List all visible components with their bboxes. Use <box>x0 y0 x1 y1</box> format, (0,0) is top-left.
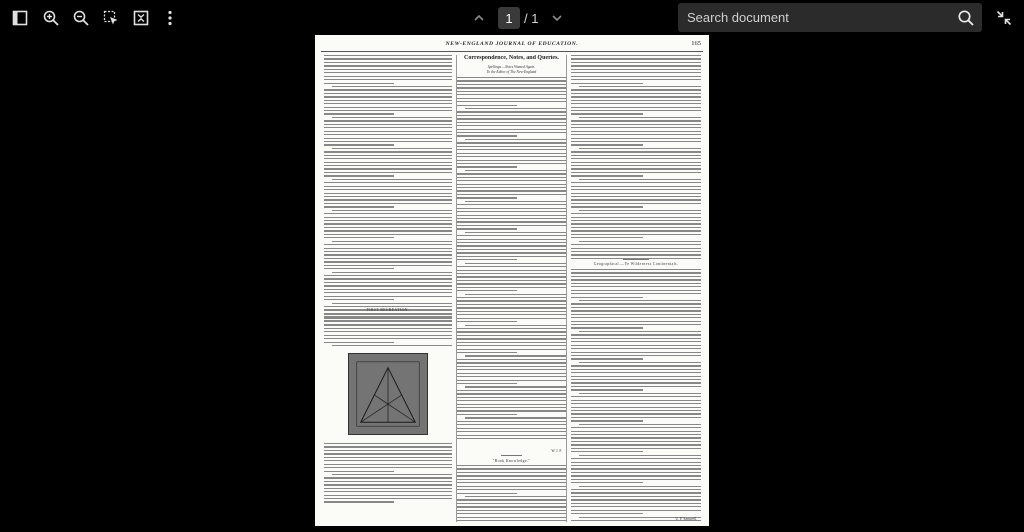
text-line <box>457 111 566 112</box>
text-line <box>571 272 701 273</box>
column-2-heading: Correspondence, Notes, and Queries. <box>457 55 566 61</box>
text-line <box>324 331 452 332</box>
text-line <box>324 261 452 262</box>
text-line <box>571 513 643 514</box>
column-2: Correspondence, Notes, and Queries. Spel… <box>456 55 567 522</box>
text-line <box>457 373 566 374</box>
text-line <box>324 495 452 496</box>
text-line <box>457 125 566 126</box>
text-line <box>571 230 701 231</box>
text-line <box>571 217 701 218</box>
text-line <box>457 352 517 353</box>
text-line <box>324 321 452 322</box>
exit-fullscreen-button[interactable] <box>990 4 1018 32</box>
column-2-salutation: To the Editor of The New-England <box>457 70 566 74</box>
column-1-section-title: FIRST RECREATION. <box>324 308 452 312</box>
text-line <box>571 327 643 328</box>
text-line <box>571 472 701 473</box>
text-line <box>571 297 643 298</box>
previous-page-button[interactable] <box>466 5 492 31</box>
column-3: Geographical.—Ye Wilderness Continentals… <box>571 55 701 522</box>
text-line <box>571 458 701 459</box>
text-line <box>571 352 701 353</box>
text-line <box>571 151 701 152</box>
text-line <box>457 194 566 195</box>
text-line <box>457 184 566 185</box>
text-line <box>324 317 452 318</box>
text-line <box>457 242 566 243</box>
text-line <box>457 80 566 81</box>
sidebar-toggle-button[interactable] <box>6 4 34 32</box>
text-line <box>324 237 394 238</box>
text-line <box>457 489 566 490</box>
text-line <box>571 389 643 390</box>
text-line <box>571 206 643 207</box>
text-line <box>324 100 452 101</box>
zoom-in-icon <box>42 9 60 27</box>
text-line <box>571 134 701 135</box>
text-line <box>324 155 452 156</box>
text-line <box>465 386 566 387</box>
text-line <box>571 317 701 318</box>
text-line <box>324 471 394 472</box>
page-total: / 1 <box>524 11 538 26</box>
text-line <box>571 492 701 493</box>
text-line <box>457 359 566 360</box>
text-line <box>457 338 566 339</box>
text-line <box>457 122 566 123</box>
text-line <box>324 314 452 315</box>
text-line <box>457 98 566 99</box>
zoom-out-icon <box>72 9 90 27</box>
selection-tool-button[interactable] <box>97 4 125 32</box>
text-line <box>324 151 452 152</box>
search-icon <box>957 9 975 27</box>
text-line <box>571 269 701 270</box>
text-line <box>332 241 452 242</box>
fit-page-button[interactable] <box>127 4 155 32</box>
text-line <box>457 101 566 102</box>
text-line <box>332 303 452 304</box>
text-line <box>571 76 701 77</box>
text-line <box>324 144 394 145</box>
text-line <box>324 55 452 56</box>
text-line <box>571 468 701 469</box>
text-line <box>571 410 701 411</box>
text-line <box>579 86 701 87</box>
text-line <box>457 146 566 147</box>
text-line <box>571 307 701 308</box>
text-line <box>332 210 452 211</box>
text-line <box>571 396 701 397</box>
text-line <box>457 249 566 250</box>
text-line <box>324 168 452 169</box>
text-line <box>571 379 701 380</box>
text-line <box>457 239 566 240</box>
text-line <box>457 349 566 350</box>
text-line <box>571 434 701 435</box>
text-line <box>324 453 452 454</box>
text-line <box>571 482 643 483</box>
text-line <box>571 186 701 187</box>
text-line <box>324 93 452 94</box>
text-line <box>457 493 517 494</box>
text-line <box>571 110 701 111</box>
text-line <box>571 196 701 197</box>
text-line <box>571 93 701 94</box>
text-line <box>457 204 566 205</box>
text-line <box>457 404 566 405</box>
text-line <box>579 393 701 394</box>
text-line <box>457 177 566 178</box>
text-line <box>571 386 701 387</box>
text-line <box>324 69 452 70</box>
text-line <box>457 94 566 95</box>
text-line <box>571 223 701 224</box>
text-line <box>457 190 566 191</box>
text-line <box>457 421 566 422</box>
text-line <box>332 345 452 346</box>
text-line <box>324 62 452 63</box>
text-line <box>324 138 452 139</box>
column-2-separator <box>501 455 523 456</box>
text-line <box>571 175 643 176</box>
text-line <box>324 282 452 283</box>
text-line <box>324 230 452 231</box>
text-line <box>465 496 566 497</box>
text-line <box>571 248 701 249</box>
text-line <box>457 300 566 301</box>
text-line <box>324 107 452 108</box>
text-line <box>324 457 452 458</box>
text-line <box>571 220 701 221</box>
text-line <box>324 248 452 249</box>
text-line <box>579 300 701 301</box>
column-1-text-mid <box>324 314 452 348</box>
search-button[interactable] <box>954 6 978 30</box>
text-line <box>324 342 394 343</box>
text-line <box>324 265 452 266</box>
text-line <box>571 417 701 418</box>
text-line <box>571 62 701 63</box>
text-line <box>571 427 701 428</box>
text-line <box>324 65 452 66</box>
text-line <box>457 380 566 381</box>
text-line <box>571 448 701 449</box>
more-vertical-icon <box>161 9 179 27</box>
column-2-section-title: "Book Knowledge." <box>457 459 566 463</box>
text-line <box>571 441 701 442</box>
text-line <box>571 465 701 466</box>
chevron-down-icon <box>550 11 564 25</box>
text-line <box>324 328 452 329</box>
text-line <box>457 410 566 411</box>
text-line <box>324 58 452 59</box>
text-line <box>457 366 566 367</box>
text-line <box>571 65 701 66</box>
text-line <box>457 142 566 143</box>
page-navigator: / 1 <box>466 4 570 32</box>
text-line <box>324 481 452 482</box>
text-line <box>457 499 566 500</box>
text-line <box>457 321 517 322</box>
text-line <box>324 488 452 489</box>
text-line <box>571 182 701 183</box>
text-line <box>457 318 566 319</box>
text-line <box>457 307 566 308</box>
text-line <box>457 383 517 384</box>
text-line <box>324 193 452 194</box>
next-page-button[interactable] <box>544 5 570 31</box>
text-line <box>324 443 452 444</box>
text-line <box>579 424 701 425</box>
text-line <box>571 193 701 194</box>
geometric-figure <box>348 353 428 435</box>
text-line <box>324 172 452 173</box>
text-line <box>324 258 452 259</box>
text-line <box>571 254 701 255</box>
text-line <box>457 197 517 198</box>
text-line <box>457 208 566 209</box>
text-line <box>457 328 566 329</box>
text-line <box>571 89 701 90</box>
text-line <box>457 342 566 343</box>
column-3-text-top <box>571 55 701 261</box>
text-line <box>571 451 643 452</box>
text-line <box>457 180 566 181</box>
text-line <box>324 131 452 132</box>
journal-title: NEW-ENGLAND JOURNAL OF EDUCATION. <box>315 41 709 47</box>
text-line <box>324 446 452 447</box>
zoom-in-button[interactable] <box>37 4 65 32</box>
text-line <box>324 175 394 176</box>
text-line <box>324 213 452 214</box>
text-line <box>579 210 701 211</box>
text-line <box>457 468 566 469</box>
text-line <box>571 290 701 291</box>
text-line <box>457 211 566 212</box>
text-line <box>457 132 566 133</box>
text-line <box>465 201 566 202</box>
text-line <box>571 58 701 59</box>
text-line <box>324 484 452 485</box>
text-line <box>324 206 394 207</box>
text-line <box>457 252 566 253</box>
text-line <box>457 520 566 521</box>
text-line <box>457 482 566 483</box>
text-line <box>571 165 701 166</box>
text-line <box>457 513 566 514</box>
text-line <box>571 496 701 497</box>
text-line <box>457 129 566 130</box>
text-line <box>457 424 566 425</box>
text-line <box>571 407 701 408</box>
text-line <box>324 162 452 163</box>
text-line <box>571 510 701 511</box>
text-line <box>571 358 643 359</box>
text-line <box>457 91 566 92</box>
search-input[interactable] <box>678 3 948 32</box>
text-line <box>457 472 566 473</box>
text-line <box>571 303 701 304</box>
chevron-up-icon <box>472 11 486 25</box>
text-line <box>324 79 452 80</box>
text-line <box>571 244 701 245</box>
sidebar-icon <box>11 9 29 27</box>
text-line <box>324 72 452 73</box>
text-line <box>457 438 566 439</box>
text-line <box>571 141 701 142</box>
text-line <box>457 503 566 504</box>
text-line <box>457 225 566 226</box>
text-line <box>324 268 394 269</box>
text-line <box>571 503 701 504</box>
text-line <box>332 148 452 149</box>
text-line <box>332 179 452 180</box>
text-line <box>324 223 452 224</box>
column-3-separator <box>623 259 649 260</box>
column-3-signature: U. P. Sarnwell. <box>676 517 697 521</box>
text-line <box>457 173 566 174</box>
text-line <box>324 296 452 297</box>
select-cursor-icon <box>102 9 120 27</box>
text-line <box>571 437 701 438</box>
text-line <box>457 228 517 229</box>
text-line <box>324 254 452 255</box>
text-line <box>457 87 566 88</box>
search-box <box>678 3 982 32</box>
text-line <box>457 428 566 429</box>
text-line <box>571 124 701 125</box>
text-line <box>571 334 701 335</box>
text-line <box>324 498 452 499</box>
text-line <box>571 338 701 339</box>
text-line <box>571 279 701 280</box>
text-line <box>457 435 566 436</box>
text-line <box>324 96 452 97</box>
text-line <box>465 355 566 356</box>
header-rule <box>321 51 703 52</box>
text-line <box>457 160 566 161</box>
text-line <box>457 517 566 518</box>
text-line <box>324 491 452 492</box>
text-line <box>457 280 566 281</box>
text-line <box>457 362 566 363</box>
text-line <box>332 117 452 118</box>
more-options-button[interactable] <box>156 4 184 32</box>
text-line <box>324 83 394 84</box>
text-line <box>571 310 701 311</box>
page-number-input[interactable] <box>498 7 520 29</box>
text-line <box>457 390 566 391</box>
text-line <box>324 251 452 252</box>
zoom-out-button[interactable] <box>67 4 95 32</box>
text-line <box>457 245 566 246</box>
text-line <box>571 365 701 366</box>
text-line <box>457 273 566 274</box>
text-line <box>571 100 701 101</box>
text-line <box>457 287 566 288</box>
text-line <box>457 397 566 398</box>
text-line <box>457 218 566 219</box>
text-line <box>457 276 566 277</box>
text-line <box>571 144 643 145</box>
text-line <box>324 464 452 465</box>
text-line <box>571 489 701 490</box>
text-line <box>571 462 701 463</box>
text-line <box>324 124 452 125</box>
text-line <box>571 321 701 322</box>
text-line <box>324 227 452 228</box>
text-line <box>324 165 452 166</box>
viewer-toolbar: / 1 <box>0 0 1024 35</box>
text-line <box>324 292 452 293</box>
text-line <box>324 275 452 276</box>
text-line <box>579 455 701 456</box>
text-line <box>571 96 701 97</box>
text-line <box>324 141 452 142</box>
text-line <box>324 89 452 90</box>
text-line <box>571 203 701 204</box>
text-line <box>457 166 517 167</box>
text-line <box>571 155 701 156</box>
text-line <box>324 120 452 121</box>
text-line <box>571 400 701 401</box>
text-line <box>571 355 701 356</box>
text-line <box>457 393 566 394</box>
document-viewport[interactable]: NEW-ENGLAND JOURNAL OF EDUCATION. 165 FI… <box>0 35 1024 532</box>
text-line <box>324 477 452 478</box>
text-line <box>457 266 566 267</box>
text-line <box>457 506 566 507</box>
text-line <box>571 283 701 284</box>
text-line <box>571 103 701 104</box>
column-1-text-top <box>324 55 452 323</box>
text-line <box>579 362 701 363</box>
column-2-text-top <box>457 77 566 441</box>
text-line <box>571 413 701 414</box>
text-line <box>465 325 566 326</box>
text-line <box>324 244 452 245</box>
text-line <box>324 103 452 104</box>
text-line <box>457 115 566 116</box>
column-2-subheading: Spellings.—Notes Wanted Again. <box>457 65 566 69</box>
text-line <box>571 286 701 287</box>
text-line <box>457 407 566 408</box>
text-line <box>324 196 452 197</box>
text-line <box>571 113 643 114</box>
text-line <box>571 55 701 56</box>
column-3-section-title: Geographical.—Ye Wilderness Continentals… <box>571 262 701 266</box>
text-line <box>579 331 701 332</box>
text-line <box>457 118 566 119</box>
text-line <box>571 168 701 169</box>
text-line <box>571 199 701 200</box>
text-line <box>571 479 701 480</box>
text-line <box>571 79 701 80</box>
text-line <box>324 158 452 159</box>
text-line <box>324 285 452 286</box>
text-line <box>457 259 517 260</box>
text-line <box>571 172 701 173</box>
text-line <box>571 382 701 383</box>
text-line <box>571 369 701 370</box>
text-line <box>457 345 566 346</box>
text-line <box>457 369 566 370</box>
text-line <box>571 138 701 139</box>
column-2-signature: W. J. F. <box>551 449 562 453</box>
text-line <box>324 324 452 325</box>
